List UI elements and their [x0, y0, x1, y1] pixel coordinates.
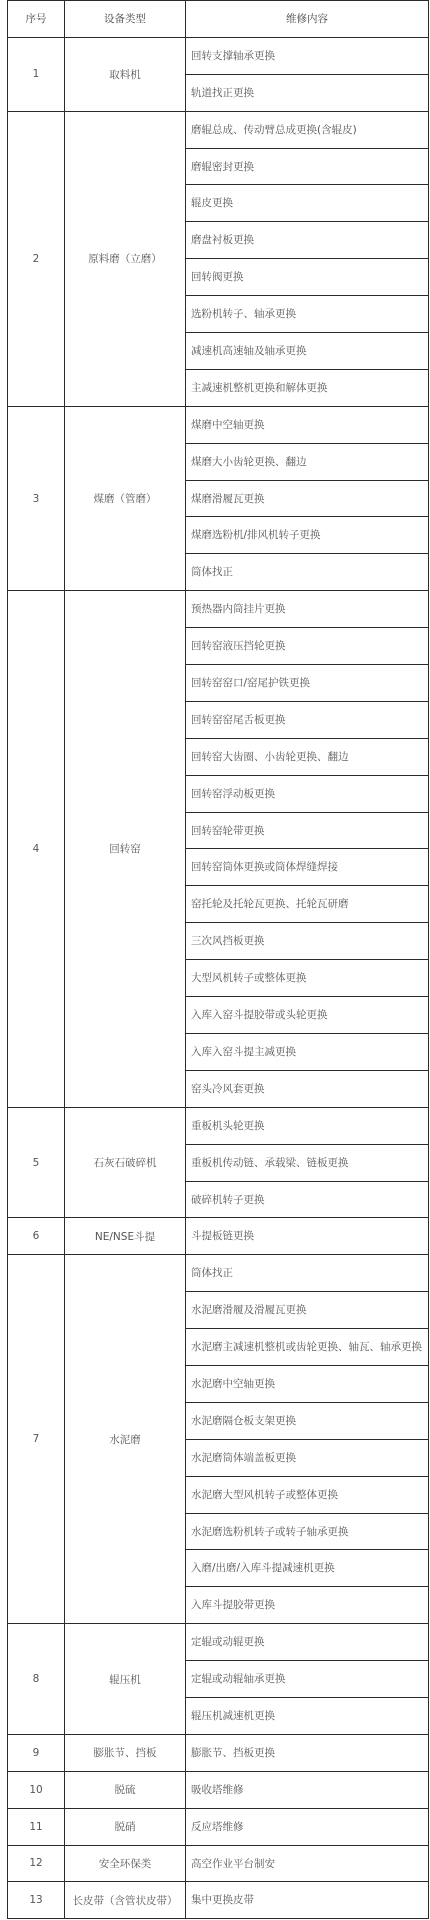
maintenance-table-container: 序号 设备类型 维修内容 1取料机回转支撑轴承更换轨道找正更换2原料磨（立磨）磨…	[7, 0, 428, 1919]
cell-maintenance-item: 磨盘衬板更换	[186, 222, 429, 259]
cell-no: 6	[8, 1218, 65, 1255]
cell-equipment-type: 取料机	[65, 37, 186, 111]
cell-maintenance-item: 煤磨大小齿轮更换、翻边	[186, 443, 429, 480]
cell-maintenance-item: 回转窑浮动板更换	[186, 775, 429, 812]
cell-no: 3	[8, 406, 65, 590]
cell-maintenance-item: 大型风机转子或整体更换	[186, 960, 429, 997]
cell-maintenance-item: 煤磨中空轴更换	[186, 406, 429, 443]
cell-equipment-type: 膨胀节、挡板	[65, 1734, 186, 1771]
cell-maintenance-item: 水泥磨中空轴更换	[186, 1365, 429, 1402]
header-maintenance-content: 维修内容	[186, 1, 429, 38]
cell-equipment-type: 原料磨（立磨）	[65, 111, 186, 406]
cell-equipment-type: 煤磨（管磨）	[65, 406, 186, 590]
cell-maintenance-item: 水泥磨大型风机转子或整体更换	[186, 1476, 429, 1513]
cell-no: 1	[8, 37, 65, 111]
cell-maintenance-item: 重板机头轮更换	[186, 1107, 429, 1144]
cell-maintenance-item: 膨胀节、挡板更换	[186, 1734, 429, 1771]
cell-maintenance-item: 定辊或动辊轴承更换	[186, 1661, 429, 1698]
cell-maintenance-item: 煤磨滑履瓦更换	[186, 480, 429, 517]
cell-no: 12	[8, 1845, 65, 1882]
table-row: 3煤磨（管磨）煤磨中空轴更换	[8, 406, 429, 443]
table-row: 5石灰石破碎机重板机头轮更换	[8, 1107, 429, 1144]
cell-maintenance-item: 回转窑窑口/窑尾护铁更换	[186, 665, 429, 702]
table-row: 11脱硝反应塔维修	[8, 1808, 429, 1845]
cell-no: 8	[8, 1624, 65, 1735]
cell-maintenance-item: 水泥磨主减速机整机或齿轮更换、轴瓦、轴承更换	[186, 1329, 429, 1366]
cell-equipment-type: 辊压机	[65, 1624, 186, 1735]
cell-no: 7	[8, 1255, 65, 1624]
cell-equipment-type: 水泥磨	[65, 1255, 186, 1624]
cell-maintenance-item: 煤磨选粉机/排风机转子更换	[186, 517, 429, 554]
cell-no: 9	[8, 1734, 65, 1771]
cell-maintenance-item: 窑托轮及托轮瓦更换、托轮瓦研磨	[186, 886, 429, 923]
cell-equipment-type: 安全环保类	[65, 1845, 186, 1882]
cell-equipment-type: 回转窑	[65, 591, 186, 1107]
table-row: 9膨胀节、挡板膨胀节、挡板更换	[8, 1734, 429, 1771]
cell-maintenance-item: 轨道找正更换	[186, 74, 429, 111]
cell-maintenance-item: 回转窑大齿圈、小齿轮更换、翻边	[186, 738, 429, 775]
cell-maintenance-item: 三次风挡板更换	[186, 923, 429, 960]
cell-maintenance-item: 回转窑筒体更换或筒体焊缝焊接	[186, 849, 429, 886]
cell-maintenance-item: 破碎机转子更换	[186, 1181, 429, 1218]
header-no: 序号	[8, 1, 65, 38]
cell-equipment-type: 脱硫	[65, 1771, 186, 1808]
cell-maintenance-item: 磨辊密封更换	[186, 148, 429, 185]
table-row: 13长皮带（含管状皮带）集中更换皮带	[8, 1882, 429, 1919]
cell-maintenance-item: 预热器内筒挂片更换	[186, 591, 429, 628]
table-row: 4回转窑预热器内筒挂片更换	[8, 591, 429, 628]
cell-maintenance-item: 回转窑轮带更换	[186, 812, 429, 849]
cell-maintenance-item: 减速机高速轴及轴承更换	[186, 333, 429, 370]
cell-equipment-type: 石灰石破碎机	[65, 1107, 186, 1218]
cell-no: 4	[8, 591, 65, 1107]
cell-maintenance-item: 集中更换皮带	[186, 1882, 429, 1919]
cell-maintenance-item: 入库斗提胶带更换	[186, 1587, 429, 1624]
cell-equipment-type: 长皮带（含管状皮带）	[65, 1882, 186, 1919]
cell-maintenance-item: 高空作业平台制安	[186, 1845, 429, 1882]
cell-maintenance-item: 回转窑液压挡轮更换	[186, 628, 429, 665]
cell-maintenance-item: 入库入窑斗提主减更换	[186, 1033, 429, 1070]
cell-maintenance-item: 窑头冷风套更换	[186, 1070, 429, 1107]
cell-maintenance-item: 主减速机整机更换和解体更换	[186, 369, 429, 406]
cell-maintenance-item: 斗提板链更换	[186, 1218, 429, 1255]
table-row: 2原料磨（立磨）磨辊总成、传动臂总成更换(含辊皮)	[8, 111, 429, 148]
cell-maintenance-item: 定辊或动辊更换	[186, 1624, 429, 1661]
table-row: 7水泥磨筒体找正	[8, 1255, 429, 1292]
cell-no: 5	[8, 1107, 65, 1218]
cell-maintenance-item: 回转阀更换	[186, 259, 429, 296]
cell-maintenance-item: 反应塔维修	[186, 1808, 429, 1845]
cell-maintenance-item: 磨辊总成、传动臂总成更换(含辊皮)	[186, 111, 429, 148]
cell-maintenance-item: 辊皮更换	[186, 185, 429, 222]
cell-maintenance-item: 水泥磨选粉机转子或转子轴承更换	[186, 1513, 429, 1550]
cell-no: 2	[8, 111, 65, 406]
cell-maintenance-item: 选粉机转子、轴承更换	[186, 296, 429, 333]
table-row: 8辊压机定辊或动辊更换	[8, 1624, 429, 1661]
cell-maintenance-item: 水泥磨筒体端盖板更换	[186, 1439, 429, 1476]
table-row: 10脱硫吸收塔维修	[8, 1771, 429, 1808]
cell-no: 13	[8, 1882, 65, 1919]
cell-maintenance-item: 筒体找正	[186, 554, 429, 591]
cell-maintenance-item: 吸收塔维修	[186, 1771, 429, 1808]
cell-no: 11	[8, 1808, 65, 1845]
maintenance-table: 序号 设备类型 维修内容 1取料机回转支撑轴承更换轨道找正更换2原料磨（立磨）磨…	[7, 0, 429, 1919]
cell-maintenance-item: 筒体找正	[186, 1255, 429, 1292]
header-equipment-type: 设备类型	[65, 1, 186, 38]
cell-equipment-type: NE/NSE斗提	[65, 1218, 186, 1255]
cell-maintenance-item: 水泥磨隔仓板支架更换	[186, 1402, 429, 1439]
cell-equipment-type: 脱硝	[65, 1808, 186, 1845]
cell-maintenance-item: 回转支撑轴承更换	[186, 37, 429, 74]
table-row: 6NE/NSE斗提斗提板链更换	[8, 1218, 429, 1255]
cell-maintenance-item: 回转窑窑尾舌板更换	[186, 701, 429, 738]
cell-maintenance-item: 入磨/出磨/入库斗提减速机更换	[186, 1550, 429, 1587]
table-row: 1取料机回转支撑轴承更换	[8, 37, 429, 74]
table-header-row: 序号 设备类型 维修内容	[8, 1, 429, 38]
cell-maintenance-item: 重板机传动链、承载梁、链板更换	[186, 1144, 429, 1181]
cell-maintenance-item: 入库入窑斗提胶带或头轮更换	[186, 997, 429, 1034]
table-row: 12安全环保类高空作业平台制安	[8, 1845, 429, 1882]
cell-maintenance-item: 辊压机减速机更换	[186, 1697, 429, 1734]
table-body: 1取料机回转支撑轴承更换轨道找正更换2原料磨（立磨）磨辊总成、传动臂总成更换(含…	[8, 37, 429, 1918]
cell-no: 10	[8, 1771, 65, 1808]
cell-maintenance-item: 水泥磨滑履及滑履瓦更换	[186, 1292, 429, 1329]
